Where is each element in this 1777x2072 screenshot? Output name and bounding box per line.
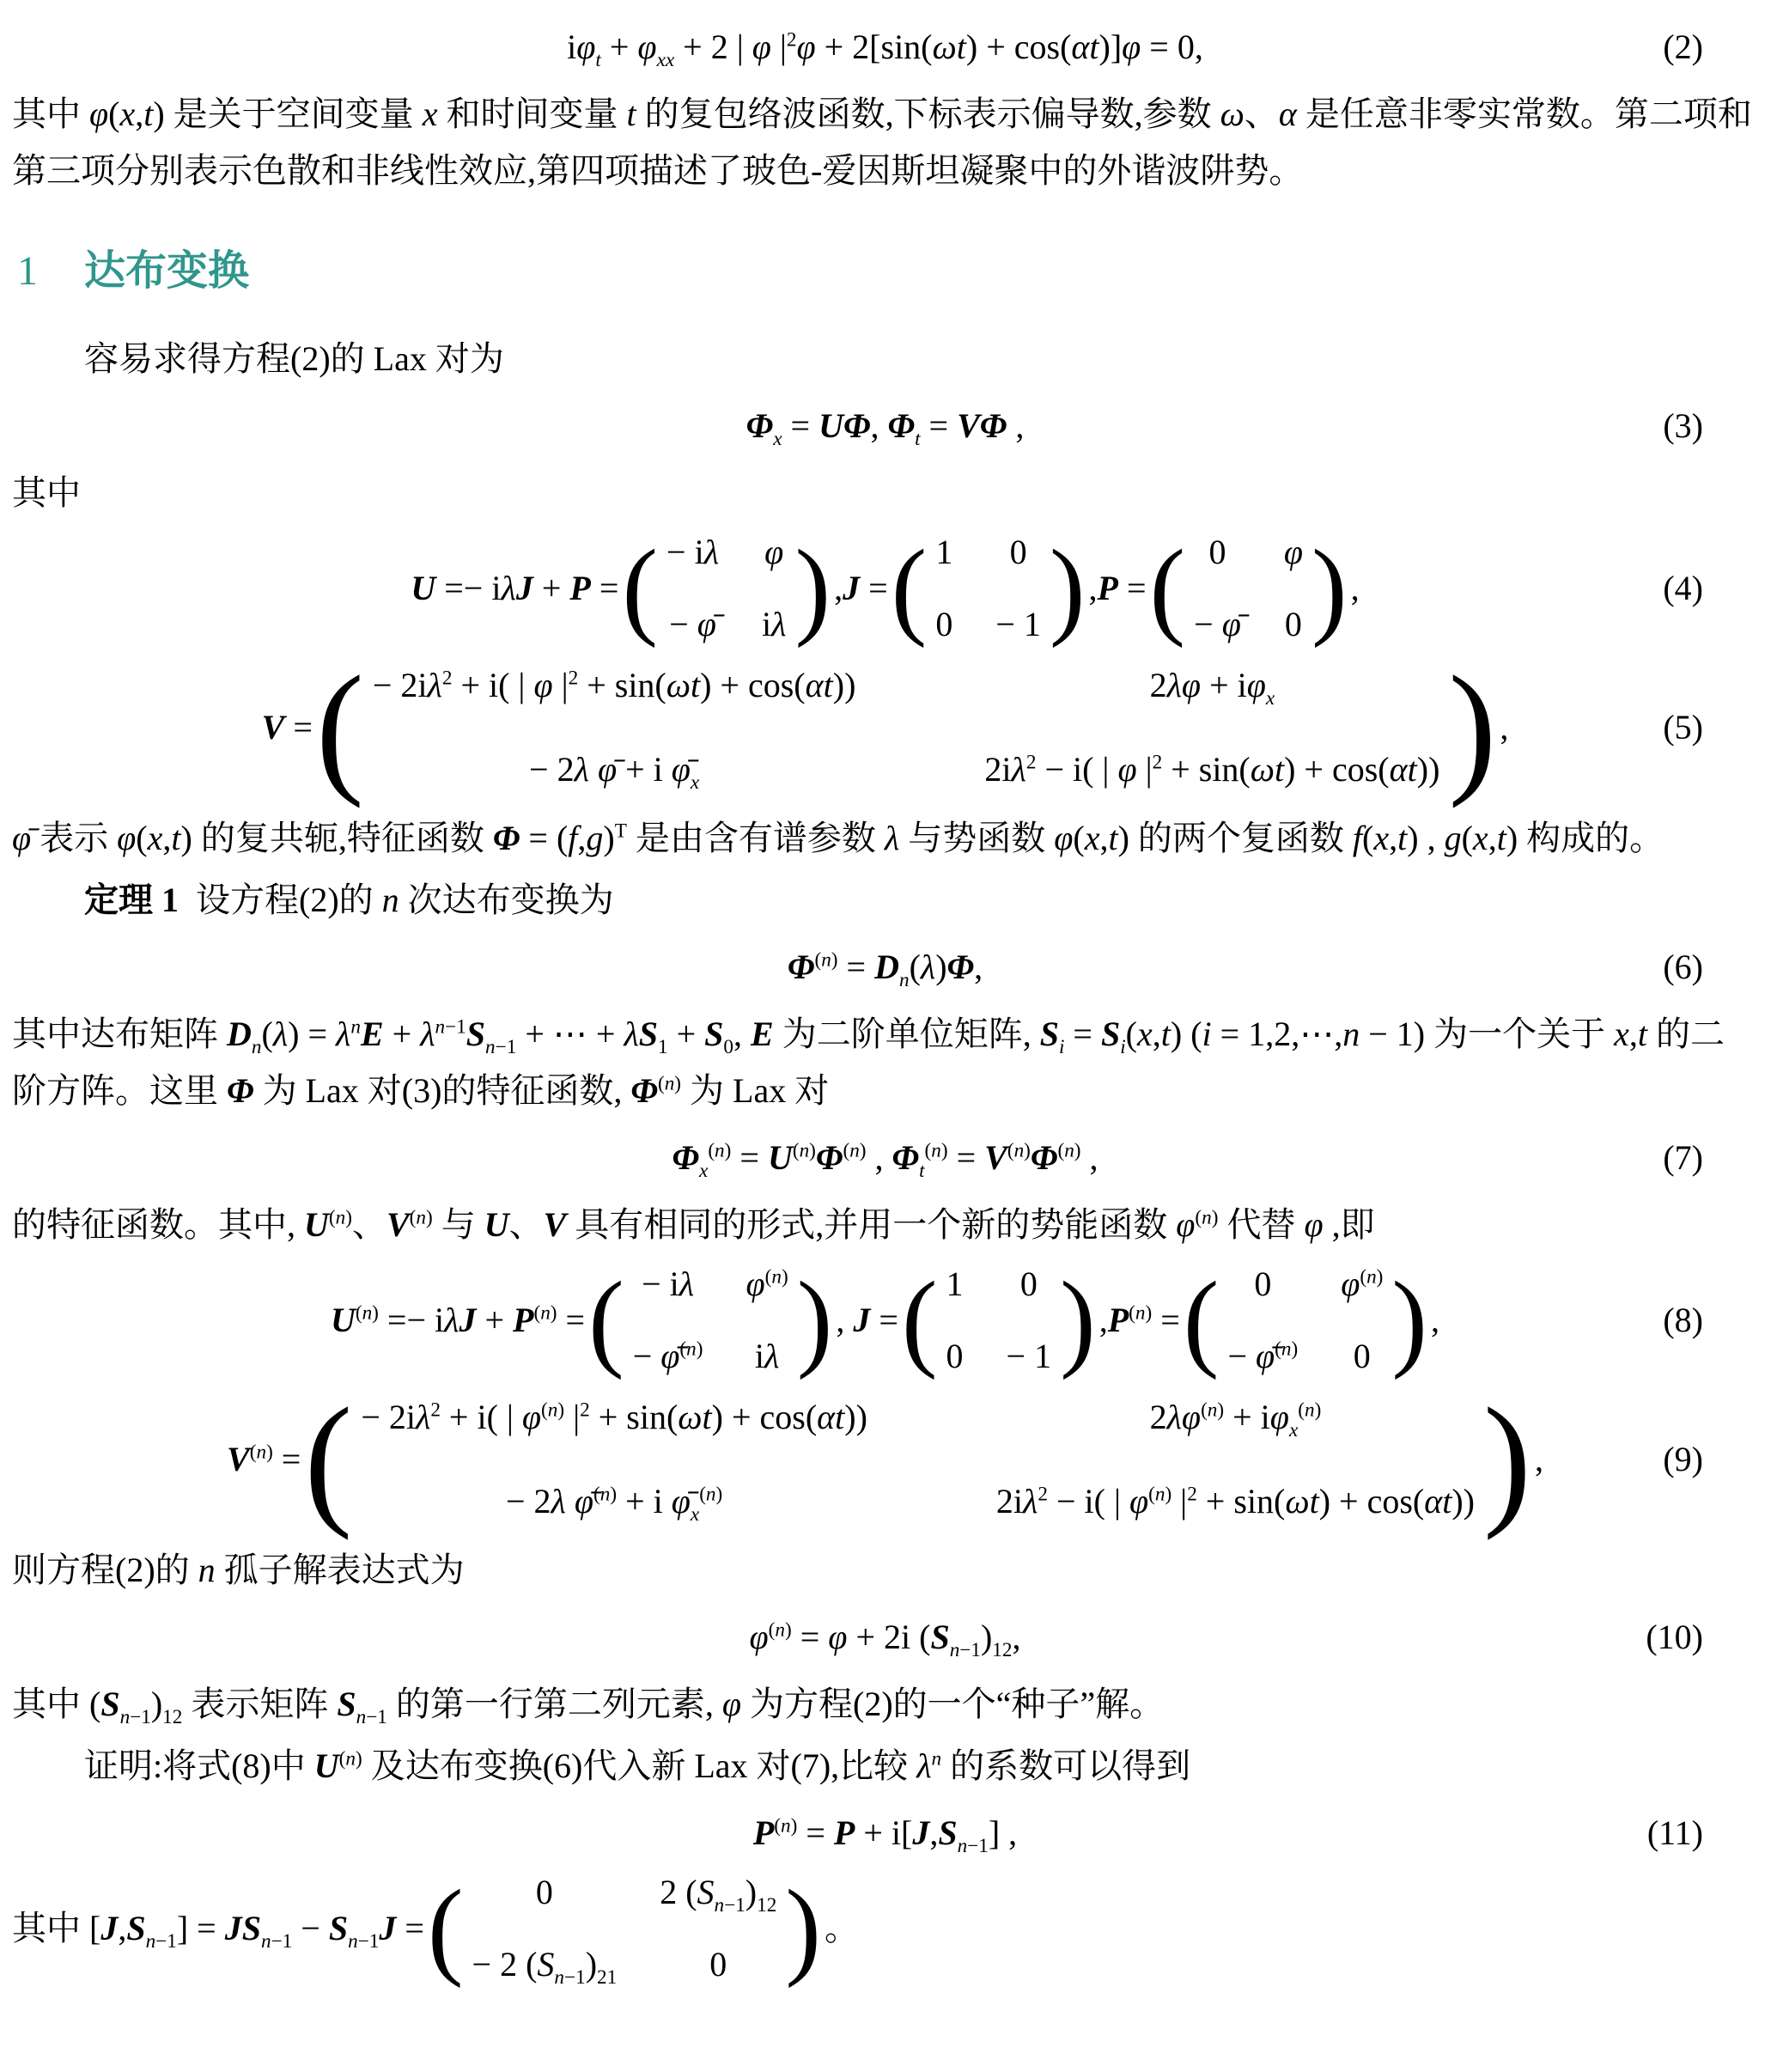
equation-6-number: (6) bbox=[1663, 939, 1703, 996]
right-paren: ) bbox=[1483, 1386, 1531, 1533]
equation-2: iφt + φxx + 2 | φ |2φ + 2[sin(ωt) + cos(… bbox=[12, 19, 1758, 76]
matrix-cell: 0 bbox=[1209, 532, 1226, 573]
matrix-cell: iλ bbox=[762, 604, 786, 645]
left-paren: ( bbox=[622, 533, 658, 643]
equation-4-sep1: ,J = bbox=[834, 560, 888, 617]
matrix-cell: 0 bbox=[946, 1336, 964, 1377]
commutator-lead: 其中 [J,Sn−1] = JSn−1 − Sn−1J = bbox=[12, 1900, 424, 1957]
matrix-cell: φ bbox=[764, 532, 783, 573]
equation-4-lead: U =− iλJ + P = bbox=[411, 560, 618, 617]
paragraph-soliton: 则方程(2)的 n 孤子解表达式为 bbox=[12, 1542, 1758, 1599]
matrix-cell: 0 bbox=[536, 1872, 553, 1913]
matrix-cell: 2λφ + iφx bbox=[1150, 665, 1275, 706]
matrix-cell: 1 bbox=[946, 1264, 964, 1305]
matrix-Vn-cells: − 2iλ2 + i( | φ(n) |2 + sin(ωt) + cos(αt… bbox=[352, 1397, 1483, 1522]
matrix-cell: − iλ bbox=[666, 532, 719, 573]
paragraph-lax-intro: 容易求得方程(2)的 Lax 对为 bbox=[12, 331, 1758, 387]
matrix-cell: − 2 (Sn−1)21 bbox=[472, 1944, 618, 1985]
left-paren: ( bbox=[892, 533, 928, 643]
equation-8-sep2: ,P(n) = bbox=[1099, 1292, 1180, 1349]
equation-10-body: φ(n) = φ + 2i (Sn−1)12, bbox=[750, 1609, 1021, 1666]
matrix-cell: 0 bbox=[1285, 604, 1302, 645]
right-paren: ) bbox=[794, 533, 831, 643]
equation-5-tail: , bbox=[1500, 699, 1508, 756]
section-heading: 1达布变换 bbox=[17, 237, 1758, 305]
equation-6-body: Φ(n) = Dn(λ)Φ, bbox=[788, 939, 983, 996]
equation-10: φ(n) = φ + 2i (Sn−1)12, (10) bbox=[12, 1609, 1758, 1666]
left-paren: ( bbox=[1184, 1265, 1220, 1375]
left-paren: ( bbox=[588, 1265, 624, 1375]
matrix-cell: 2iλ2 − i( | φ(n) |2 + sin(ωt) + cos(αt)) bbox=[996, 1481, 1475, 1522]
matrix-Un: ( − iλφ(n) − φ̄(n)iλ ) bbox=[588, 1264, 832, 1377]
equation-4-number: (4) bbox=[1663, 560, 1703, 617]
matrix-V: ( − 2iλ2 + i( | φ |2 + sin(ωt) + cos(αt)… bbox=[316, 655, 1496, 800]
matrix-Vn: ( − 2iλ2 + i( | φ(n) |2 + sin(ωt) + cos(… bbox=[304, 1387, 1531, 1532]
matrix-cell: 0 bbox=[1010, 532, 1027, 573]
matrix-Un-cells: − iλφ(n) − φ̄(n)iλ bbox=[624, 1264, 797, 1377]
matrix-J: ( 10 0− 1 ) bbox=[892, 532, 1086, 645]
left-paren: ( bbox=[428, 1874, 464, 1984]
left-paren: ( bbox=[1150, 533, 1186, 643]
equation-9-lead: V(n) = bbox=[227, 1431, 301, 1488]
section-number: 1 bbox=[17, 248, 38, 294]
equation-4-tail: , bbox=[1351, 560, 1360, 617]
equation-5-lead: V = bbox=[262, 699, 313, 756]
left-paren: ( bbox=[304, 1386, 352, 1533]
matrix-cell: 0 bbox=[1020, 1264, 1038, 1305]
equation-9-number: (9) bbox=[1663, 1431, 1703, 1488]
commutator-line: 其中 [J,Sn−1] = JSn−1 − Sn−1J = ( 02 (Sn−1… bbox=[12, 1872, 1758, 1985]
equation-8: U(n) =− iλJ + P(n) = ( − iλφ(n) − φ̄(n)i… bbox=[12, 1264, 1758, 1377]
matrix-commutator: ( 02 (Sn−1)12 − 2 (Sn−1)210 ) bbox=[428, 1872, 821, 1985]
matrix-cell: − 1 bbox=[1007, 1336, 1052, 1377]
equation-11: P(n) = P + i[J,Sn−1] , (11) bbox=[12, 1805, 1758, 1862]
equation-7: Φx(n) = U(n)Φ(n) , Φt(n) = V(n)Φ(n) , (7… bbox=[12, 1130, 1758, 1186]
matrix-cell: 1 bbox=[935, 532, 952, 573]
paragraph-intro: 其中 φ(x,t) 是关于空间变量 x 和时间变量 t 的复包络波函数,下标表示… bbox=[12, 86, 1758, 199]
matrix-cell: 0 bbox=[1254, 1264, 1271, 1305]
equation-4-sep2: ,P = bbox=[1089, 560, 1147, 617]
right-paren: ) bbox=[1391, 1265, 1427, 1375]
equation-2-body: iφt + φxx + 2 | φ |2φ + 2[sin(ωt) + cos(… bbox=[567, 19, 1203, 76]
matrix-cell: 0 bbox=[709, 1944, 727, 1985]
matrix-cell: φ(n) bbox=[745, 1264, 788, 1305]
matrix-P: ( 0φ − φ̄0 ) bbox=[1150, 532, 1348, 645]
right-paren: ) bbox=[1050, 533, 1086, 643]
right-paren: ) bbox=[1060, 1265, 1096, 1375]
equation-8-lead: U(n) =− iλJ + P(n) = bbox=[331, 1292, 585, 1349]
equation-3-number: (3) bbox=[1663, 398, 1703, 454]
paragraph-darboux-matrix: 其中达布矩阵 Dn(λ) = λnE + λn−1Sn−1 + ⋯ + λS1 … bbox=[12, 1006, 1758, 1119]
matrix-cell: 2iλ2 − i( | φ |2 + sin(ωt) + cos(αt)) bbox=[984, 749, 1439, 790]
matrix-cell: − 2iλ2 + i( | φ |2 + sin(ωt) + cos(αt)) bbox=[373, 665, 856, 706]
document-page: iφt + φxx + 2 | φ |2φ + 2[sin(ωt) + cos(… bbox=[0, 0, 1777, 2004]
paragraph-element: 其中 (Sn−1)12 表示矩阵 Sn−1 的第一行第二列元素, φ 为方程(2… bbox=[12, 1676, 1758, 1733]
matrix-cell: − 2iλ2 + i( | φ(n) |2 + sin(ωt) + cos(αt… bbox=[361, 1397, 867, 1438]
equation-8-number: (8) bbox=[1663, 1292, 1703, 1349]
matrix-cell: φ bbox=[1284, 532, 1303, 573]
commutator-tail: 。 bbox=[825, 1900, 859, 1957]
equation-7-body: Φx(n) = U(n)Φ(n) , Φt(n) = V(n)Φ(n) , bbox=[672, 1130, 1098, 1186]
matrix-V-cells: − 2iλ2 + i( | φ |2 + sin(ωt) + cos(αt))2… bbox=[364, 665, 1449, 790]
paragraph-proof: 证明:将式(8)中 U(n) 及达布变换(6)代入新 Lax 对(7),比较 λ… bbox=[12, 1738, 1758, 1795]
matrix-cell: − iλ bbox=[642, 1264, 694, 1305]
matrix-J-cells: 10 0− 1 bbox=[927, 532, 1050, 645]
right-paren: ) bbox=[1448, 655, 1496, 801]
equation-11-body: P(n) = P + i[J,Sn−1] , bbox=[753, 1805, 1017, 1862]
matrix-cell: − φ̄(n) bbox=[633, 1336, 703, 1377]
equation-10-number: (10) bbox=[1646, 1609, 1703, 1666]
equation-3-body: Φx = UΦ, Φt = VΦ , bbox=[746, 398, 1025, 454]
matrix-Pn: ( 0φ(n) − φ̄(n)0 ) bbox=[1184, 1264, 1427, 1377]
equation-9: V(n) = ( − 2iλ2 + i( | φ(n) |2 + sin(ωt)… bbox=[12, 1387, 1758, 1532]
paragraph-qizhong: 其中 bbox=[12, 465, 1758, 521]
equation-3: Φx = UΦ, Φt = VΦ , (3) bbox=[12, 398, 1758, 454]
right-paren: ) bbox=[1311, 533, 1348, 643]
matrix-cell: − 2λ φ̄ + i φ̄x bbox=[529, 749, 699, 790]
matrix-cell: 2λφ(n) + iφx(n) bbox=[1150, 1397, 1322, 1438]
matrix-U: ( − iλφ − φ̄iλ ) bbox=[622, 532, 831, 645]
paragraph-conjugate: φ̄ 表示 φ(x,t) 的复共轭,特征函数 Φ = (f,g)T 是由含有谱参… bbox=[12, 810, 1758, 867]
left-paren: ( bbox=[902, 1265, 938, 1375]
matrix-cell: − φ̄ bbox=[1194, 604, 1241, 645]
matrix-cell: φ(n) bbox=[1341, 1264, 1383, 1305]
matrix-Pn-cells: 0φ(n) − φ̄(n)0 bbox=[1219, 1264, 1391, 1377]
matrix-cell: iλ bbox=[755, 1336, 779, 1377]
matrix-cell: − φ̄(n) bbox=[1227, 1336, 1298, 1377]
right-paren: ) bbox=[797, 1265, 833, 1375]
matrix-cell: − 1 bbox=[995, 604, 1041, 645]
paragraph-same-form: 的特征函数。其中, U(n)、V(n) 与 U、V 具有相同的形式,并用一个新的… bbox=[12, 1197, 1758, 1253]
equation-5: V = ( − 2iλ2 + i( | φ |2 + sin(ωt) + cos… bbox=[12, 655, 1758, 800]
matrix-J2: ( 10 0− 1 ) bbox=[902, 1264, 1096, 1377]
equation-8-sep1: , J = bbox=[836, 1292, 898, 1349]
matrix-commutator-cells: 02 (Sn−1)12 − 2 (Sn−1)210 bbox=[464, 1872, 786, 1985]
matrix-cell: − φ̄ bbox=[669, 604, 716, 645]
matrix-cell: 0 bbox=[1354, 1336, 1371, 1377]
equation-11-number: (11) bbox=[1647, 1805, 1703, 1862]
matrix-cell: 0 bbox=[935, 604, 952, 645]
equation-8-tail: , bbox=[1431, 1292, 1439, 1349]
equation-7-number: (7) bbox=[1663, 1130, 1703, 1186]
paragraph-theorem: 定理 1 设方程(2)的 n 次达布变换为 bbox=[12, 872, 1758, 929]
matrix-cell: 2 (Sn−1)12 bbox=[660, 1872, 776, 1913]
matrix-cell: − 2λ φ̄(n) + i φ̄x(n) bbox=[506, 1481, 722, 1522]
section-title: 达布变换 bbox=[84, 248, 249, 294]
equation-9-tail: , bbox=[1535, 1431, 1543, 1488]
left-paren: ( bbox=[316, 655, 364, 801]
equation-4: U =− iλJ + P = ( − iλφ − φ̄iλ ) ,J = ( 1… bbox=[12, 532, 1758, 645]
right-paren: ) bbox=[785, 1874, 821, 1984]
matrix-U-cells: − iλφ − φ̄iλ bbox=[658, 532, 794, 645]
equation-6: Φ(n) = Dn(λ)Φ, (6) bbox=[12, 939, 1758, 996]
matrix-J2-cells: 10 0− 1 bbox=[938, 1264, 1061, 1377]
matrix-P-cells: 0φ − φ̄0 bbox=[1185, 532, 1311, 645]
equation-5-number: (5) bbox=[1663, 699, 1703, 756]
equation-2-number: (2) bbox=[1663, 19, 1703, 76]
